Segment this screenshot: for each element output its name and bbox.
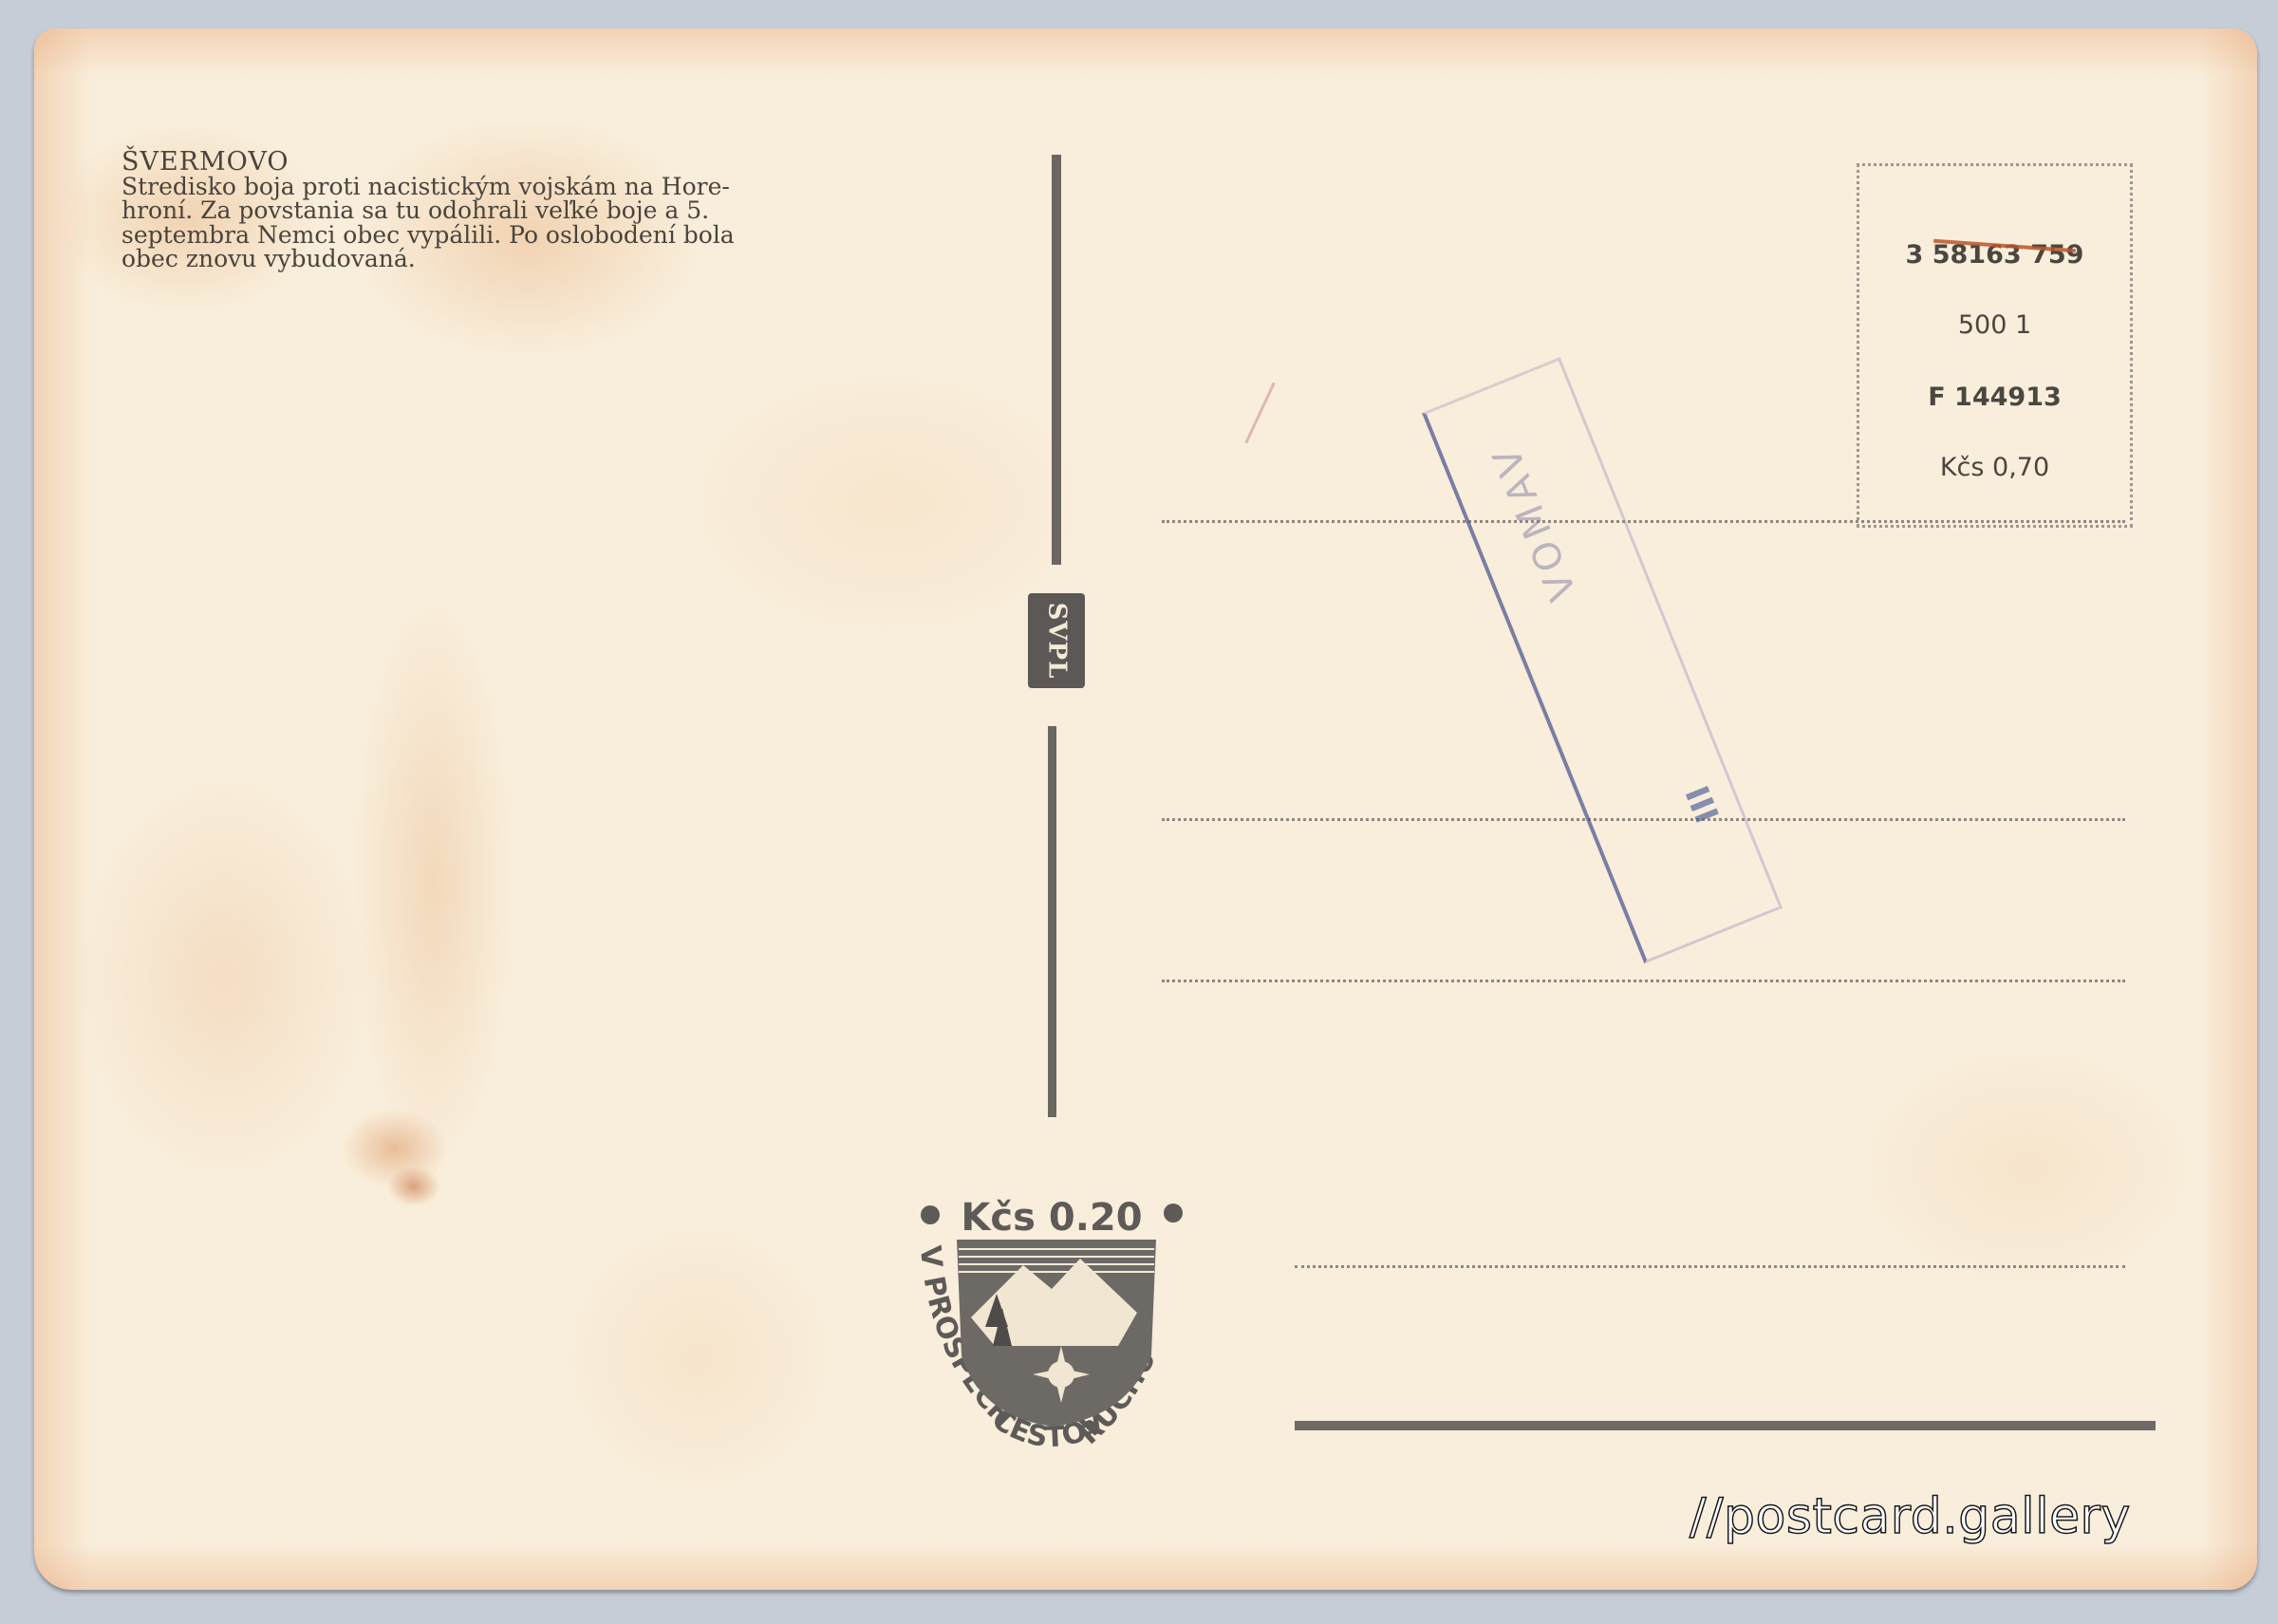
address-line [1295,1265,2125,1268]
print-run: 500 1 [1859,310,2130,340]
description-line: septembra Nemci obec vypálili. Po oslobo… [121,223,995,248]
description-line: obec znovu vybudovaná. [121,247,995,271]
handstamp-text: VOMAV [1483,437,1585,607]
address-line [1162,980,2125,982]
print-price: Kčs 0,70 [1859,453,2130,482]
description-line: hroní. Za povstania sa tu odohrali veľké… [121,198,995,223]
description-block: ŠVERMOVO Stredisko boja proti nacistický… [121,150,995,271]
print-code: 3 58163 759 [1859,240,2130,270]
handstamp-mark: III [1676,781,1725,829]
publisher-logo-text: SVPL [1042,603,1071,680]
watermark: //postcard.gallery [1690,1488,2131,1545]
publisher-logo-icon: SVPL [1028,593,1085,688]
svg-text:Kčs 0.20: Kčs 0.20 [961,1196,1142,1240]
address-underline [1295,1421,2156,1430]
description-line: Stredisko boja proti nacistickým vojskám… [121,175,995,199]
center-divider-top [1052,155,1061,565]
print-ref: F 144913 [1859,383,2130,412]
place-title: ŠVERMOVO [121,150,995,175]
address-line [1162,520,2125,523]
tourism-stamp-icon: Kčs 0.20 V PROSPECH ČESTOVNÉHO RUCHU [890,1175,1213,1460]
pencil-mark [1244,383,1275,444]
center-divider-bottom [1048,726,1056,1117]
stamp-box: 3 58163 759 500 1 F 144913 Kčs 0,70 [1857,163,2133,528]
